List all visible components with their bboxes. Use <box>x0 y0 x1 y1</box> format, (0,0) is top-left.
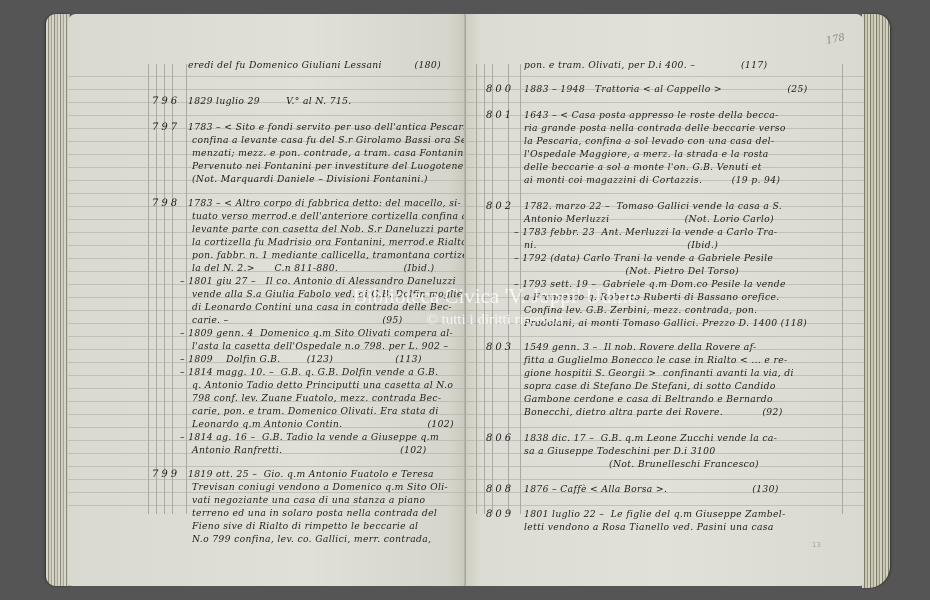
entry-line: 1783 – < Altro corpo di fabbrica detto: … <box>188 198 461 211</box>
entry-line: confina a levante casa fu del S.r Girola… <box>192 135 466 148</box>
entry-number: 808 <box>486 484 514 495</box>
entry-number: 801 <box>486 110 514 121</box>
entry-number: 798 <box>152 198 180 209</box>
entry-line: menzati; mezz. e pon. contrade, a tram. … <box>192 148 466 161</box>
entry-number: 809 <box>486 509 514 520</box>
column-rule <box>148 64 149 514</box>
entry-line: – 1814 magg. 10. – G.B. q. G.B. Dolfin v… <box>180 367 438 380</box>
entry-line: Fieno sive di Rialto di rimpetto le becc… <box>192 521 418 534</box>
entry-line: levante parte con casetta del Nob. S.r D… <box>192 224 466 237</box>
entry-line: 1801 luglio 22 – Le figlie del q.m Giuse… <box>524 509 786 522</box>
entry-number: 802 <box>486 201 514 212</box>
entry-line: – 1792 (data) Carlo Trani la vende a Gab… <box>514 253 773 266</box>
entry-line: q. Antonio Tadio detto Principutti una c… <box>192 380 453 393</box>
entry-line: (Not. Brunelleschi Francesco) <box>524 459 759 472</box>
entry-number: 806 <box>486 433 514 444</box>
footer-mark: 13 <box>812 541 821 549</box>
entry-line: 1883 – 1948 Trattoria < al Cappello > (2… <box>524 84 808 97</box>
entry-line: l'asta la casetta dell'Ospedale n.o 798.… <box>192 341 448 354</box>
entry-line: 1838 dic. 17 – G.B. q.m Leone Zucchi ven… <box>524 433 777 446</box>
entry-line: letti vendono a Rosa Tianello ved. Pasin… <box>524 522 774 535</box>
watermark-rights: © tutti i diritti riservati <box>380 312 610 329</box>
entry-line: l'Ospedale Maggiore, a merz. la strada e… <box>524 149 769 162</box>
entry-line: 1643 – < Casa posta appresso le roste de… <box>524 110 779 123</box>
entry-line: carie, pon. e tram. Domenico Olivati. Er… <box>192 406 439 419</box>
entry-line: ni. (Ibid.) <box>524 240 718 253</box>
entry-line: vati negoziante una casa di una stanza a… <box>192 495 425 508</box>
entry-line: – 1783 febbr. 23 Ant. Merluzzi la vende … <box>514 227 777 240</box>
entry-line: pon. fabbr. n. 1 mediante callicella, tr… <box>192 250 466 263</box>
entry-number: 796 <box>152 96 180 107</box>
entry-line: Antonio Merluzzi (Not. Lorio Carlo) <box>524 214 774 227</box>
entry-line: 1876 – Caffè < Alla Borsa >. (130) <box>524 484 779 497</box>
carryover-line: pon. e tram. Olivati, per D.i 400. – (11… <box>524 60 767 73</box>
entry-number: 800 <box>486 84 514 95</box>
entry-line: 1549 genn. 3 – Il nob. Rovere della Rove… <box>524 342 757 355</box>
entry-line: Trevisan coniugi vendono a Domenico q.m … <box>192 482 448 495</box>
entry-line: – 1809 Dolfin G.B. (123) (113) <box>180 354 422 367</box>
entry-line: sopra case di Stefano De Stefani, di sot… <box>524 381 776 394</box>
entry-line: 1782. marzo 22 – Tomaso Gallici vende la… <box>524 201 782 214</box>
entry-line: delle beccarie a sol a monte l'on. G.B. … <box>524 162 762 175</box>
entry-number: 803 <box>486 342 514 353</box>
entry-line: ria grande posta nella contrada delle be… <box>524 123 786 136</box>
entry-line: sa a Giuseppe Todeschini per D.i 3100 <box>524 446 716 459</box>
entry-line: tuato verso merrod.e dell'anteriore cort… <box>192 211 466 224</box>
entry-line: carie. – (95) <box>192 315 403 328</box>
entry-line: N.o 799 confina, lev. co. Gallici, merr.… <box>192 534 431 547</box>
entry-line: Bonecchi, dietro altra parte dei Rovere.… <box>524 407 783 420</box>
entry-line: 798 conf. lev. Zuane Fuatolo, mezz. cont… <box>192 393 441 406</box>
entry-line: – 1814 ag. 16 – G.B. Tadio la vende a Gi… <box>180 432 439 445</box>
right-page-edges <box>862 14 890 588</box>
entry-number: 797 <box>152 122 180 133</box>
entry-line: fitta a Guglielmo Bonecco le case in Ria… <box>524 355 787 368</box>
entry-number: 799 <box>152 469 180 480</box>
entry-line: 1783 – < Sito e fondi servito per uso de… <box>188 122 466 135</box>
entry-line: la del N. 2.> C.n 811-880. (Ibid.) <box>192 263 434 276</box>
entry-line: Gambone cerdone e casa di Beltrando e Be… <box>524 394 773 407</box>
watermark-library: Biblioteca Civica 'V. Joppi' Udine <box>330 284 660 309</box>
column-rule <box>186 64 187 514</box>
open-ledger-book: eredi del fu Domenico Giuliani Lessani (… <box>0 0 930 600</box>
carryover-line: eredi del fu Domenico Giuliani Lessani (… <box>188 60 441 73</box>
entry-line: 1819 ott. 25 – Gio. q.m Antonio Fuatolo … <box>188 469 434 482</box>
left-page-edges <box>46 14 70 586</box>
entry-line: Leonardo q.m Antonio Contin. (102) <box>192 419 454 432</box>
entry-line: la cortizella fu Madrisio ora Fontanini,… <box>192 237 466 250</box>
entry-line: 1829 luglio 29 V.° al N. 715. <box>188 96 352 109</box>
entry-line: ai monti coi magazzini di Cortazzis. (19… <box>524 175 780 188</box>
entry-line: Pervenuto nei Fontanini per investiture … <box>192 161 466 174</box>
entry-line: Antonio Ranfretti. (102) <box>192 445 427 458</box>
entry-line: gione hospitii S. Georgii > confinanti a… <box>524 368 794 381</box>
entry-line: – 1809 genn. 4 Domenico q.m Sito Olivati… <box>180 328 453 341</box>
entry-line: (Not. Pietro Del Torso) <box>524 266 739 279</box>
entry-line: (Not. Marquardi Daniele – Divisioni Font… <box>192 174 428 187</box>
entry-line: terreno ed una in solaro posta nella con… <box>192 508 437 521</box>
entry-line: la Pescaria, confina a sol levado con un… <box>524 136 774 149</box>
column-rule <box>842 64 843 514</box>
